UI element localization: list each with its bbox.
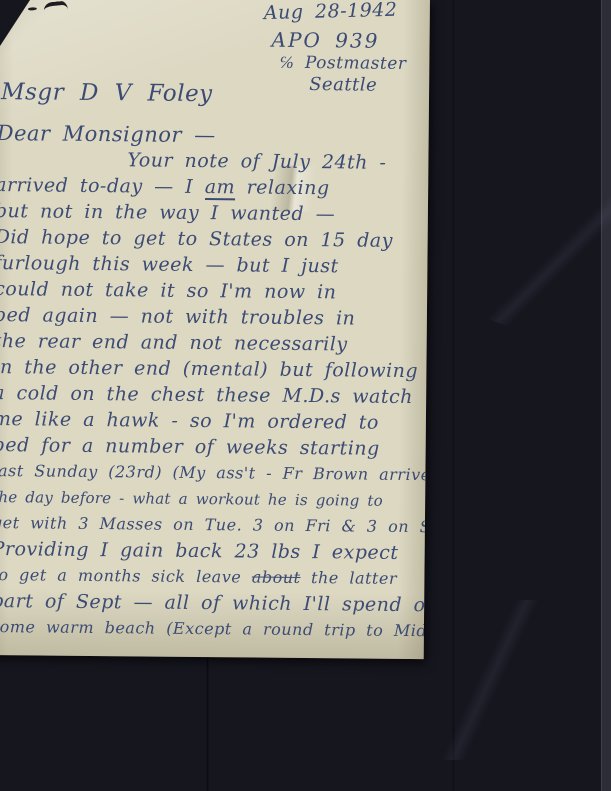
scan-edge-strip (601, 0, 611, 791)
recipient-name: Msgr D V Foley (1, 79, 213, 107)
line-segment: arrived to-day — I (0, 174, 205, 198)
ink-smudge (43, 1, 68, 16)
handwritten-line: in the other end (mental) but following (0, 354, 424, 384)
handwritten-line: me like a hawk - so I'm ordered to (0, 406, 423, 436)
handwritten-line: last Sunday (23rd) (My ass't - Fr Brown … (0, 458, 423, 488)
letter-date: Aug 28-1942 (264, 0, 408, 24)
sender-address-city: Seattle (309, 74, 406, 96)
background-crease (206, 648, 209, 791)
handwritten-line: arrived to-day — I am relaxing (0, 172, 425, 202)
underlined-word: am (205, 176, 236, 200)
background-crease (429, 147, 611, 373)
handwritten-line: furlough this week — but I just (0, 250, 425, 280)
sender-address-apo: APO 939 (271, 28, 406, 53)
handwritten-line: Did hope to get to States on 15 day (0, 224, 425, 254)
letter-body: Your note of July 24th - arrived to-day … (0, 146, 426, 644)
handwritten-line: some warm beach (Except a round trip to … (0, 614, 421, 644)
handwritten-line: bed for a number of weeks starting (0, 432, 423, 462)
handwritten-line: part of Sept — all of which I'll spend o… (0, 588, 421, 618)
salutation: Dear Monsignor — (0, 121, 216, 147)
handwritten-line: Your note of July 24th - (0, 146, 426, 176)
handwritten-line: Providing I gain back 23 lbs I expect (0, 536, 422, 566)
line-segment: relaxing (235, 176, 330, 199)
handwritten-line: bed again — not with troubles in (0, 302, 424, 332)
handwritten-line: the day before - what a workout he is go… (0, 484, 422, 514)
sender-address-postmaster: ℅ Postmaster (279, 53, 406, 74)
handwritten-line: the rear end and not necessarily (0, 328, 424, 358)
handwritten-line: to get a months sick leave about the lat… (0, 562, 422, 592)
scanned-letter-page: Aug 28-1942 APO 939 ℅ Postmaster Seattle… (0, 0, 611, 791)
handwritten-line: a cold on the chest these M.D.s watch (0, 380, 423, 410)
handwritten-line: get with 3 Masses on Tue. 3 on Fri & 3 o… (0, 510, 422, 540)
line-segment: to get a months sick leave (0, 565, 252, 586)
handwritten-line: could not take it so I'm now in (0, 276, 424, 306)
letter-header: Aug 28-1942 APO 939 ℅ Postmaster Seattle (263, 0, 407, 96)
struck-word: about (252, 568, 301, 587)
letter-paper: Aug 28-1942 APO 939 ℅ Postmaster Seattle… (0, 0, 430, 659)
handwritten-line: but not in the way I wanted — (0, 198, 425, 228)
ink-smudge (28, 7, 37, 11)
line-segment: the latter (300, 568, 397, 588)
